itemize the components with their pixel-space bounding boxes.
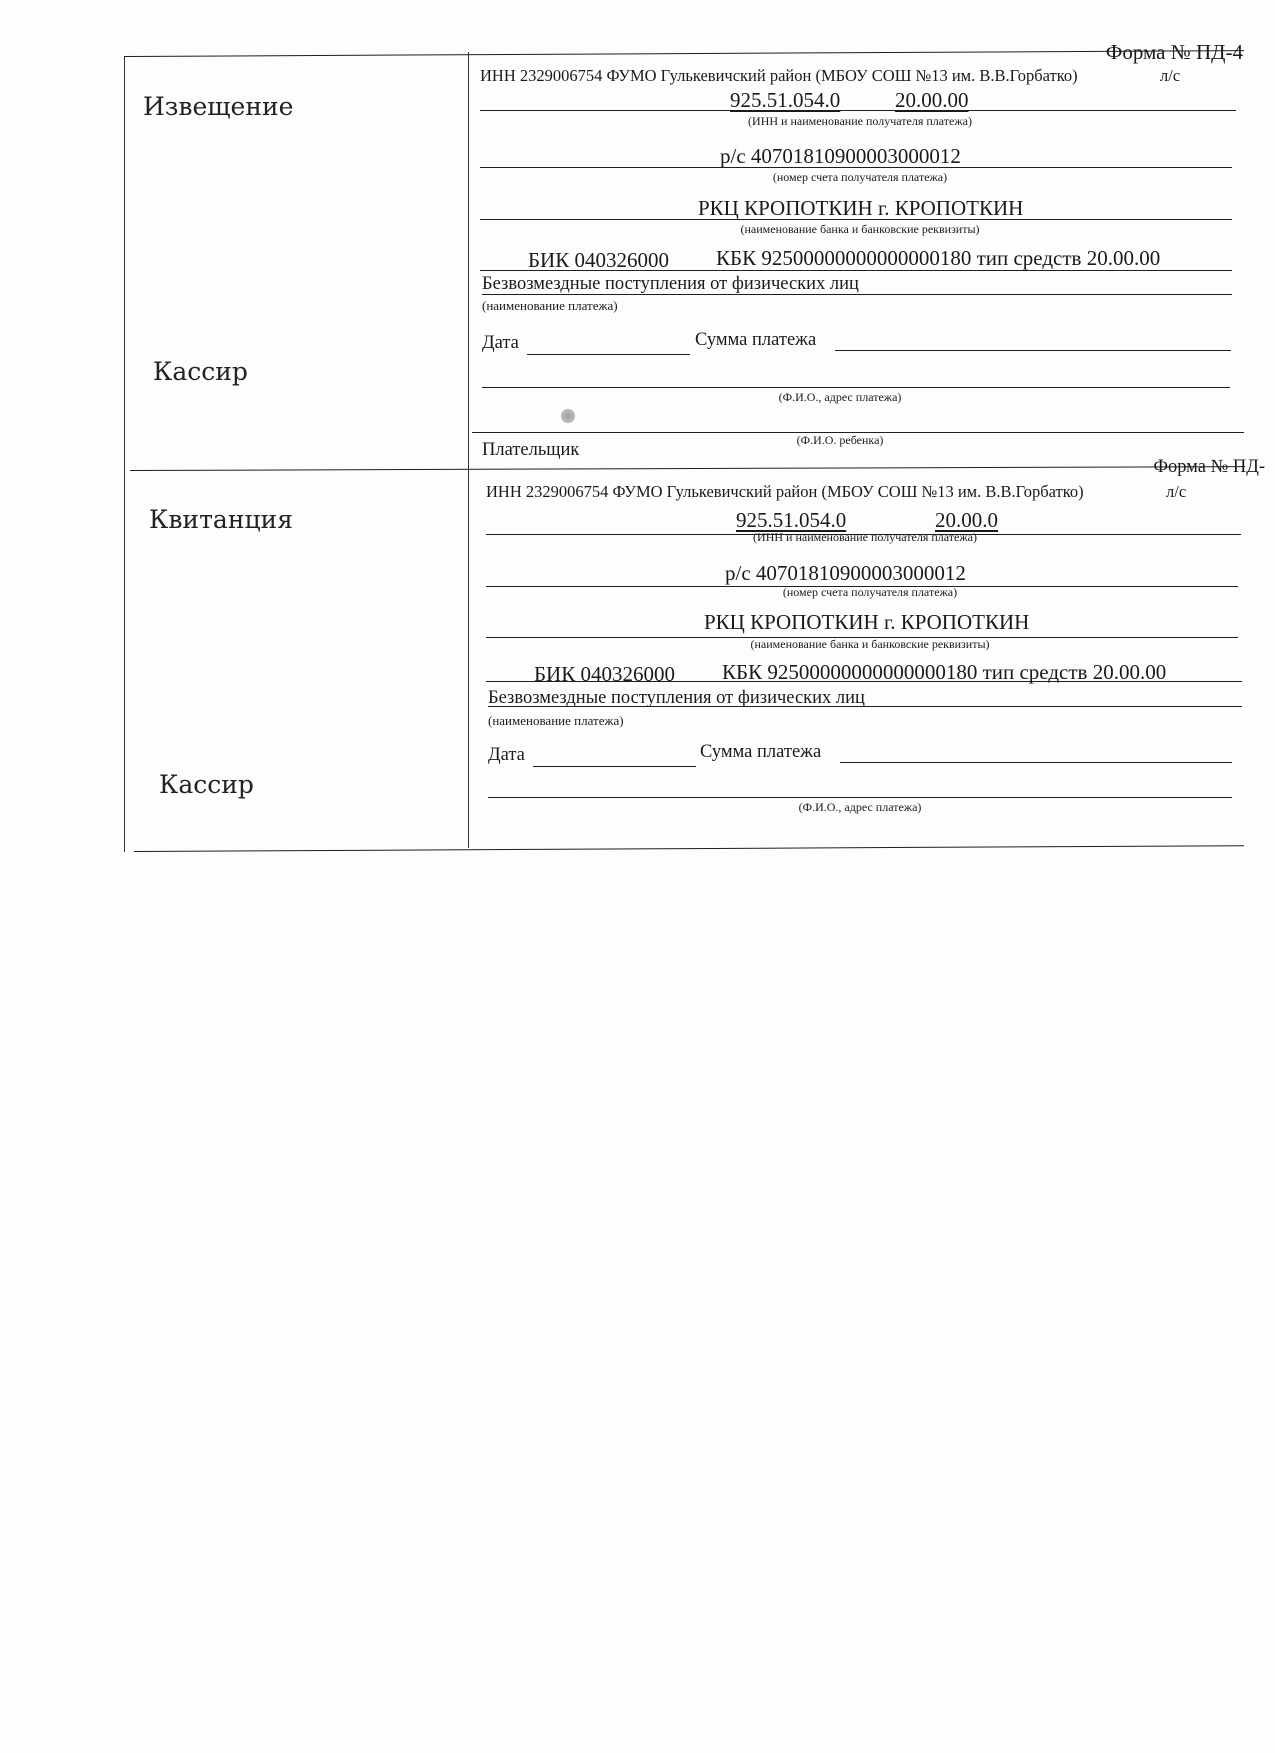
notice-payment-name: Безвозмездные поступления от физических … (482, 274, 859, 295)
form-top-border (124, 50, 1244, 57)
receipt-bik: БИК 040326000 (534, 662, 675, 687)
notice-bank-account-caption: (номер счета получателя платежа) (773, 170, 947, 185)
notice-section-label: Извещение (143, 92, 293, 121)
notice-account-suffix: 20.00.00 (895, 88, 969, 113)
receipt-date-label: Дата (488, 745, 525, 766)
form-bottom-border (134, 845, 1244, 852)
receipt-amount-field[interactable] (840, 762, 1232, 763)
notice-recipient-underline (480, 110, 1236, 111)
notice-bank-name: РКЦ КРОПОТКИН г. КРОПОТКИН (698, 196, 1023, 221)
notice-recipient-line: ИНН 2329006754 ФУМО Гулькевичский район … (480, 66, 1078, 86)
notice-payer-label: Плательщик (482, 440, 579, 461)
notice-date-label: Дата (482, 333, 519, 354)
receipt-ls-label: л/с (1166, 482, 1186, 502)
receipt-payer-address-caption: (Ф.И.О., адрес платежа) (799, 800, 922, 815)
receipt-recipient-caption: (ИНН и наименование получателя платежа) (753, 530, 977, 545)
receipt-bank-name: РКЦ КРОПОТКИН г. КРОПОТКИН (704, 610, 1029, 635)
scan-smudge (561, 409, 575, 423)
receipt-date-field[interactable] (533, 766, 696, 767)
notice-ls-label: л/с (1160, 66, 1180, 86)
notice-bank-account: р/с 40701810900003000012 (720, 144, 961, 169)
receipt-section-label: Квитанция (149, 505, 293, 534)
notice-amount-label: Сумма платежа (695, 330, 816, 351)
receipt-bank-account-caption: (номер счета получателя платежа) (783, 585, 957, 600)
notice-cashier-label: Кассир (153, 357, 248, 386)
section-divider (130, 466, 1245, 471)
receipt-payment-name-caption: (наименование платежа) (488, 713, 624, 729)
notice-bik: БИК 040326000 (528, 248, 669, 273)
notice-recipient-caption: (ИНН и наименование получателя платежа) (748, 114, 972, 129)
form-left-border (124, 57, 125, 852)
receipt-recipient-line: ИНН 2329006754 ФУМО Гулькевичский район … (486, 482, 1084, 502)
notice-date-field[interactable] (527, 354, 690, 355)
receipt-form-number: Форма № ПД- (1153, 457, 1265, 478)
notice-payer-address-field[interactable] (482, 387, 1230, 388)
notice-form-number: Форма № ПД-4 (1106, 40, 1243, 65)
notice-payer-address-caption: (Ф.И.О., адрес платежа) (779, 390, 902, 405)
notice-payment-name-caption: (наименование платежа) (482, 298, 618, 314)
form-column-divider (468, 52, 469, 848)
notice-kbk: КБК 92500000000000000180 тип средств 20.… (716, 246, 1160, 271)
receipt-bank-account: р/с 40701810900003000012 (725, 561, 966, 586)
receipt-payment-name: Безвозмездные поступления от физических … (488, 688, 865, 709)
notice-amount-field[interactable] (835, 350, 1231, 351)
receipt-amount-label: Сумма платежа (700, 742, 821, 763)
receipt-kbk: КБК 92500000000000000180 тип средств 20.… (722, 660, 1166, 685)
notice-child-caption: (Ф.И.О. ребенка) (797, 433, 884, 448)
receipt-cashier-label: Кассир (159, 770, 254, 799)
notice-bank-caption: (наименование банка и банковские реквизи… (740, 222, 979, 237)
receipt-bank-caption: (наименование банка и банковские реквизи… (750, 637, 989, 652)
notice-account-code: 925.51.054.0 (730, 88, 840, 113)
receipt-payer-address-field[interactable] (488, 797, 1232, 798)
